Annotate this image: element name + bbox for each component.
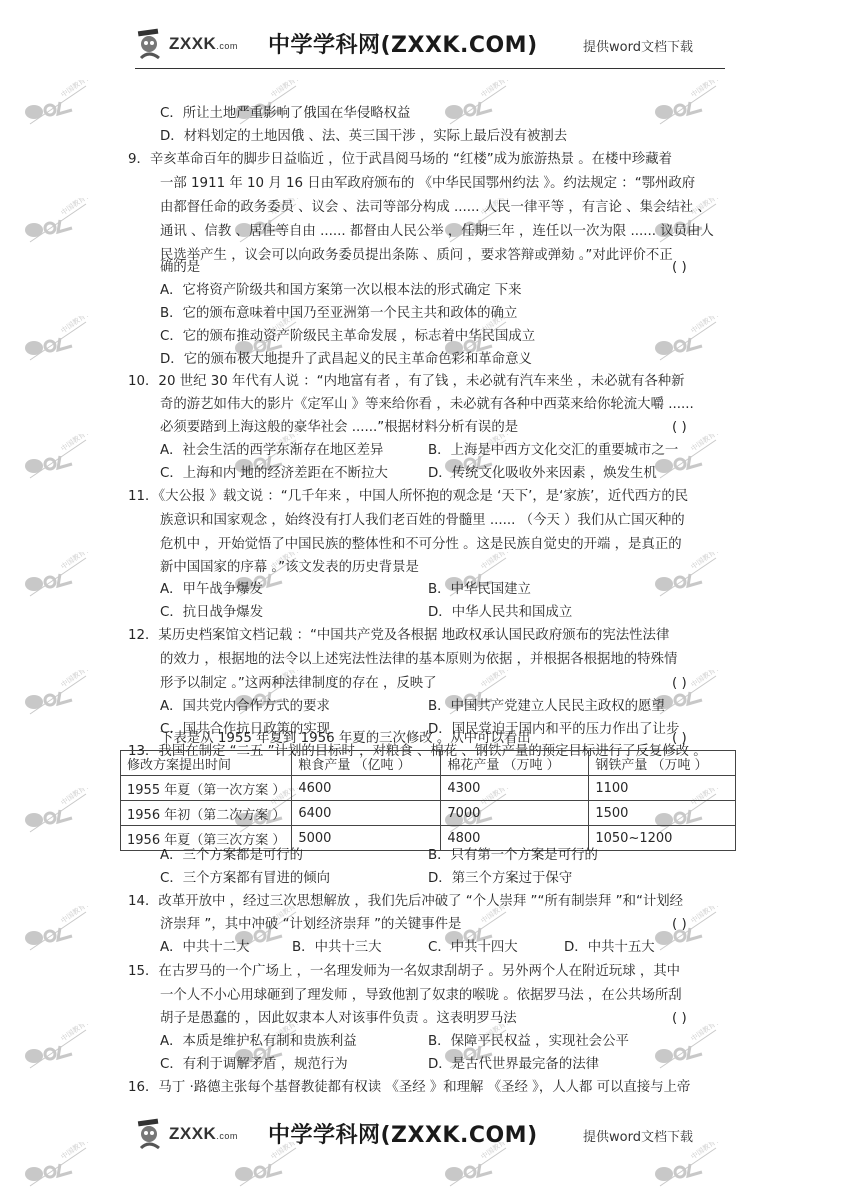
svg-text:中国教育在线: 中国教育在线	[689, 906, 720, 925]
option-text: A．它将资产阶级共和国方案第一次以根本法的形式确定 下来	[160, 281, 522, 301]
question-stem: 形予以制定 。”这两种法律制度的存在 ，反映了	[160, 674, 437, 694]
site-title: 中学学科网(ZXXK.COM)	[268, 28, 538, 59]
svg-text:中国教育在线: 中国教育在线	[59, 1024, 90, 1043]
table-header-cell: 钢铁产量 （万吨 ）	[589, 751, 736, 776]
answer-blank: ( )	[672, 1009, 687, 1029]
option-text: D．材料划定的土地因俄 、法、英三国干涉 ，实际上最后没有被割去	[160, 127, 567, 147]
svg-text:中国教育在线: 中国教育在线	[59, 316, 90, 335]
option-text: A．社会生活的西学东渐存在地区差异	[160, 441, 383, 461]
question-stem: 12．某历史档案馆文档记载 ：“中国共产党及各根据 地政权承认国民政府颁布的宪法…	[128, 626, 669, 646]
question-stem: 15．在古罗马的一个广场上 ，一名理发师为一名奴隶刮胡子 。另外两个人在附近玩球…	[128, 962, 680, 982]
svg-text:中国教育在线: 中国教育在线	[59, 788, 90, 807]
eol-watermark-icon: 中国教育在线	[20, 670, 90, 716]
option-text: B．保障平民权益 ，实现社会公平	[428, 1032, 629, 1052]
option-text: D．第三个方案过于保守	[428, 869, 572, 889]
option-text: B．上海是中西方文化交汇的重要城市之一	[428, 441, 678, 461]
option-text: C．抗日战争爆发	[160, 603, 263, 623]
logo-text: ZXXK.com	[169, 1124, 238, 1144]
table-cell: 1500	[589, 801, 736, 826]
option-text: A．甲午战争爆发	[160, 580, 263, 600]
option-text: C．它的颁布推动资产阶级民主革命发展 ，标志着中华民国成立	[160, 327, 535, 347]
table-cell: 1100	[589, 776, 736, 801]
eol-watermark-icon: 中国教育在线	[20, 906, 90, 952]
question-stem: 11．《大公报 》载文说 ：“几千年来 ，中国人所怀抱的观念是 ‘天下’，是‘家…	[128, 487, 688, 507]
eol-watermark-icon: 中国教育在线	[20, 1142, 90, 1188]
question-stem: 一部 1911 年 10 月 16 日由军政府颁布的 《中华民国鄂州约法 》。约…	[160, 174, 695, 194]
option-text: B．中华民国建立	[428, 580, 531, 600]
question-stem: 胡子是愚蠢的 ，因此奴隶本人对该事件负责 。这表明罗马法	[160, 1009, 517, 1029]
eol-watermark-icon: 中国教育在线	[650, 552, 720, 598]
question-stem: 由都督任命的政务委员 、议会 、法司等部分构成 ...... 人民一律平等 ，有…	[160, 198, 711, 218]
question-stem: 16．马丁 ·路德主张每个基督教徒都有权读 《圣经 》和理解 《圣经 》，人人都…	[128, 1078, 690, 1098]
table-row: 1955 年夏（第一次方案 ） 4600 4300 1100	[121, 776, 736, 801]
page-header: ZXXK.com 中学学科网(ZXXK.COM) 提供word文档下载	[135, 22, 725, 72]
eol-watermark-icon: 中国教育在线	[650, 80, 720, 126]
question-stem: 确的是	[160, 258, 200, 278]
eol-watermark-icon: 中国教育在线	[20, 552, 90, 598]
option-text: B．中共十三大	[292, 938, 382, 958]
option-text: B．中国共产党建立人民民主政权的愿望	[428, 697, 665, 717]
eol-watermark-icon: 中国教育在线	[440, 80, 510, 126]
question-stem: 10．20 世纪 30 年代有人说 ：“内地富有者 ，有了钱 ，未必就有汽车来坐…	[128, 372, 685, 392]
option-text: B．只有第一个方案是可行的	[428, 846, 598, 866]
option-text: C．三个方案都有冒进的倾向	[160, 869, 330, 889]
eol-watermark-icon: 中国教育在线	[20, 198, 90, 244]
table-cell: 1050~1200	[589, 826, 736, 851]
option-text: D．它的颁布极大地提升了武昌起义的民主革命色彩和革命意义	[160, 350, 532, 370]
option-text: D．中共十五大	[564, 938, 655, 958]
answer-blank: ( )	[672, 418, 687, 438]
svg-text:中国教育在线: 中国教育在线	[479, 670, 510, 689]
svg-text:中国教育在线: 中国教育在线	[59, 1142, 90, 1161]
svg-text:中国教育在线: 中国教育在线	[689, 552, 720, 571]
svg-text:中国教育在线: 中国教育在线	[59, 906, 90, 925]
option-text: D．传统文化吸收外来因素 ，焕发生机	[428, 464, 657, 484]
answer-blank: ( )	[672, 258, 687, 278]
option-text: A．国共党内合作方式的要求	[160, 697, 330, 717]
question-stem: 通讯 、信教 、居住等自由 ...... 都督由人民公举 ，任期三年 ，连任以一…	[160, 222, 714, 242]
header-divider	[135, 68, 725, 69]
svg-text:中国教育在线: 中国教育在线	[59, 670, 90, 689]
page-footer: ZXXK.com 中学学科网(ZXXK.COM) 提供word文档下载	[135, 1112, 725, 1162]
option-text: C．上海和内 地的经济差距在不断拉大	[160, 464, 388, 484]
svg-text:中国教育在线: 中国教育在线	[689, 80, 720, 99]
logo-text: ZXXK.com	[169, 34, 238, 54]
question-stem: 下表是从 1955 年夏到 1956 年夏的三次修改 。从中可以看出	[160, 729, 531, 749]
question-stem: 危机中 ，开始觉悟了中国民族的整体性和不可分性 。这是民族自觉史的开端 ，是真正…	[160, 535, 682, 555]
table-header-cell: 粮食产量 （亿吨 ）	[292, 751, 441, 776]
option-text: C．中共十四大	[428, 938, 518, 958]
question-stem: 9．辛亥革命百年的脚步日益临近 ，位于武昌阅马场的 “红楼”成为旅游热景 。在楼…	[128, 150, 672, 170]
table-cell: 1955 年夏（第一次方案 ）	[121, 776, 292, 801]
table-cell: 1956 年初（第二次方案 ）	[121, 801, 292, 826]
option-text: C．有利于调解矛盾 ，规范行为	[160, 1055, 348, 1075]
answer-blank: ( )	[672, 729, 687, 749]
answer-blank: ( )	[672, 915, 687, 935]
table-cell: 6400	[292, 801, 441, 826]
question-stem: 族意识和国家观念 ，始终没有打人我们老百姓的骨髓里 ...... （今天 ）我们…	[160, 511, 685, 531]
production-target-table: 修改方案提出时间 粮食产量 （亿吨 ） 棉花产量 （万吨 ） 钢铁产量 （万吨 …	[120, 750, 736, 851]
table-cell: 5000	[292, 826, 441, 851]
svg-text:中国教育在线: 中国教育在线	[689, 434, 720, 453]
question-stem: 14．改革开放中 ，经过三次思想解放 ，我们先后冲破了 “个人崇拜 ”“所有制崇…	[128, 892, 683, 912]
question-stem: 一个人不小心用球砸到了理发师 ，导致他割了奴隶的喉咙 。依据罗马法 ，在公共场所…	[160, 986, 682, 1006]
site-title: 中学学科网(ZXXK.COM)	[268, 1118, 538, 1149]
svg-text:中国教育在线: 中国教育在线	[269, 80, 300, 99]
svg-text:中国教育在线: 中国教育在线	[59, 198, 90, 217]
table-cell: 7000	[441, 801, 589, 826]
question-stem: 新中国国家的序幕 。”该文发表的历史背景是	[160, 558, 419, 578]
site-subtitle: 提供word文档下载	[583, 36, 693, 55]
question-stem: 必须要踏到上海这般的豪华社会 ......”根据材料分析有误的是	[160, 418, 518, 438]
table-cell: 4600	[292, 776, 441, 801]
table-header-cell: 修改方案提出时间	[121, 751, 292, 776]
option-text: B．它的颁布意味着中国乃至亚洲第一个民主共和政体的确立	[160, 304, 517, 324]
table-header-cell: 棉花产量 （万吨 ）	[441, 751, 589, 776]
option-text: C．所让土地严重影响了俄国在华侵略权益	[160, 104, 410, 124]
eol-watermark-icon: 中国教育在线	[20, 788, 90, 834]
question-stem: 民选举产生 ，议会可以向政务委员提出条陈 、质问 ，要求答辩或弹劾 。”对此评价…	[160, 246, 673, 266]
table-header-row: 修改方案提出时间 粮食产量 （亿吨 ） 棉花产量 （万吨 ） 钢铁产量 （万吨 …	[121, 751, 736, 776]
eol-watermark-icon: 中国教育在线	[20, 434, 90, 480]
question-stem: 的效力 ，根据地的法令以上述宪法性法律的基本原则为依据 ，并根据各根据地的特殊情	[160, 650, 677, 670]
eol-watermark-icon: 中国教育在线	[650, 316, 720, 362]
eol-watermark-icon: 中国教育在线	[20, 316, 90, 362]
svg-text:中国教育在线: 中国教育在线	[689, 316, 720, 335]
site-subtitle: 提供word文档下载	[583, 1126, 693, 1145]
svg-text:中国教育在线: 中国教育在线	[59, 434, 90, 453]
svg-text:中国教育在线: 中国教育在线	[59, 552, 90, 571]
question-stem: 奇的游艺如伟大的影片《定军山 》等来给你看 ，未必就有各种中西菜来给你轮流大嚼 …	[160, 395, 694, 415]
table-row: 1956 年初（第二次方案 ） 6400 7000 1500	[121, 801, 736, 826]
option-text: D．是古代世界最完备的法律	[428, 1055, 599, 1075]
answer-blank: ( )	[672, 674, 687, 694]
svg-text:中国教育在线: 中国教育在线	[479, 80, 510, 99]
table-cell: 4300	[441, 776, 589, 801]
option-text: D．中华人民共和国成立	[428, 603, 572, 623]
eol-watermark-icon: 中国教育在线	[20, 80, 90, 126]
svg-text:中国教育在线: 中国教育在线	[689, 1024, 720, 1043]
eol-watermark-icon: 中国教育在线	[20, 1024, 90, 1070]
option-text: A．中共十二大	[160, 938, 250, 958]
eol-watermark-icon: 中国教育在线	[650, 1024, 720, 1070]
svg-text:中国教育在线: 中国教育在线	[689, 670, 720, 689]
option-text: A．三个方案都是可行的	[160, 846, 303, 866]
question-stem: 济崇拜 ”，其中冲破 “计划经济崇拜 ”的关键事件是	[160, 915, 461, 935]
option-text: A．本质是维护私有制和贵族利益	[160, 1032, 357, 1052]
svg-text:中国教育在线: 中国教育在线	[59, 80, 90, 99]
